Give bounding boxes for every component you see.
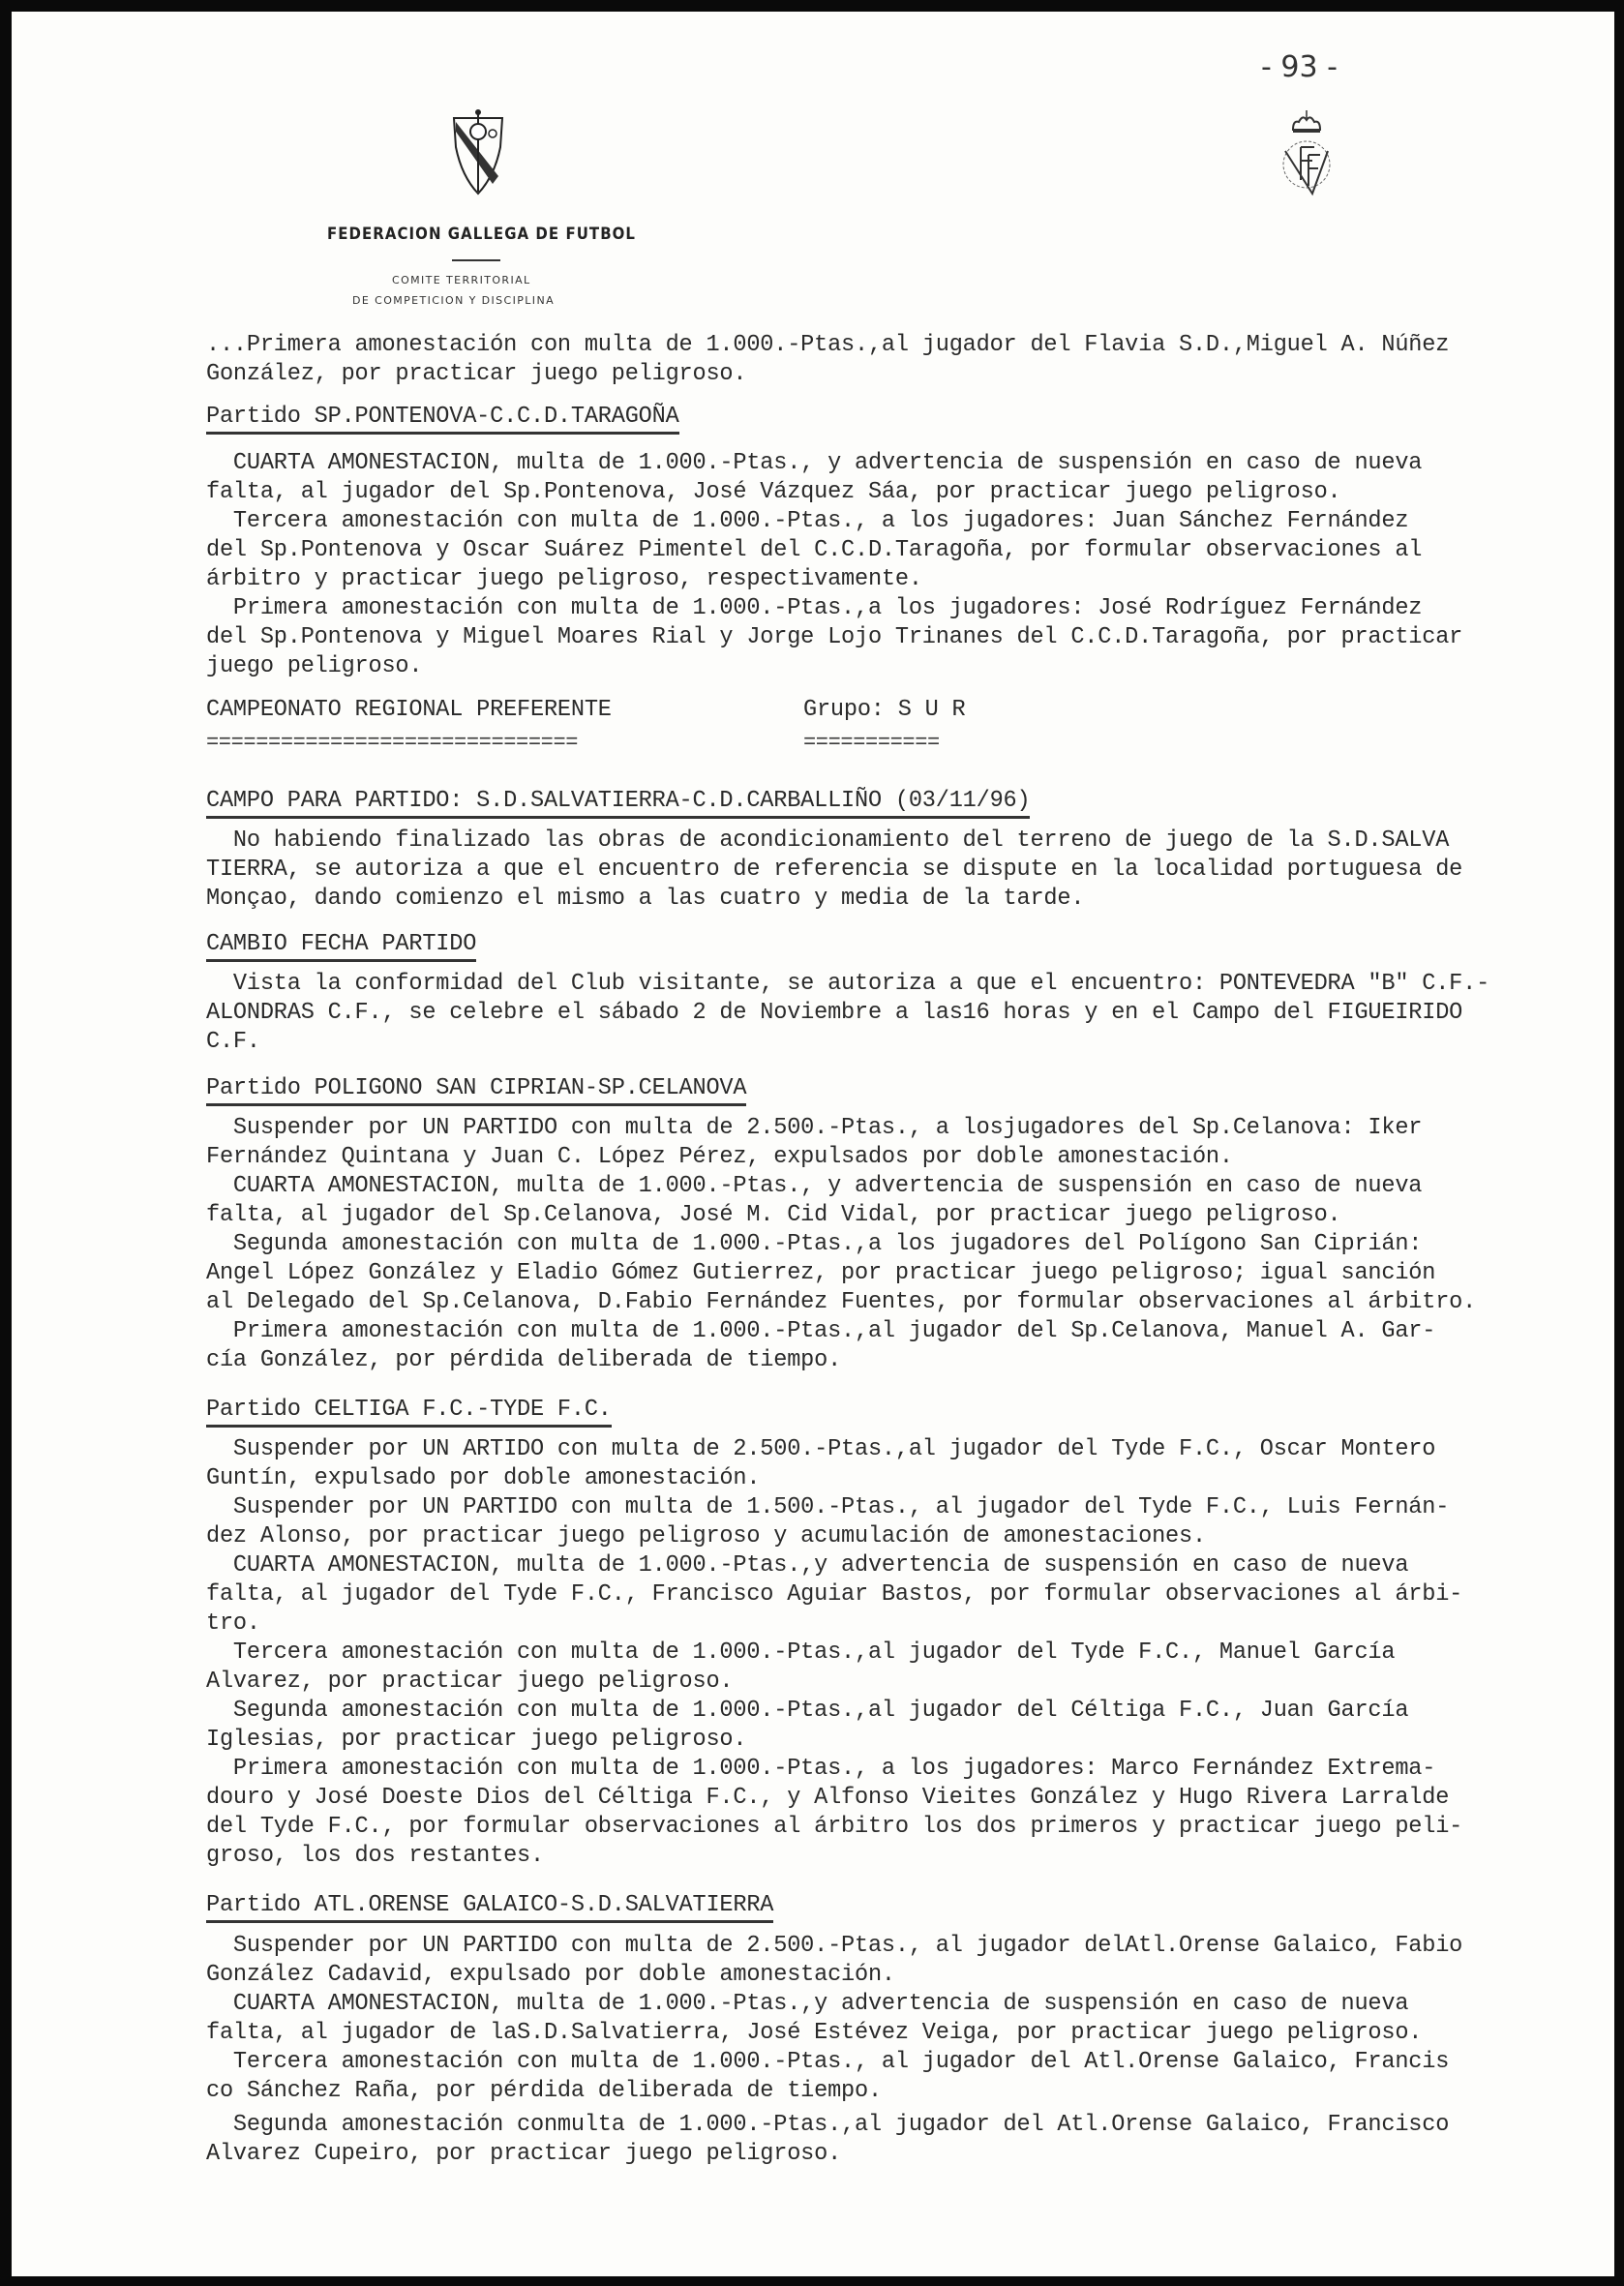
paragraph-line: al Delegado del Sp.Celanova, D.Fabio Fer…	[206, 1290, 1476, 1315]
section-heading: CAMBIO FECHA PARTIDO	[206, 932, 476, 962]
paragraph-line: árbitro y practicar juego peligroso, res…	[206, 567, 922, 592]
paragraph-line: cía González, por pérdida deliberada de …	[206, 1348, 841, 1373]
paragraph-line: Tercera amonestación con multa de 1.000.…	[206, 2050, 1449, 2075]
committee-line-2: DE COMPETICION Y DISCIPLINA	[352, 294, 555, 307]
paragraph-line: groso, los dos restantes.	[206, 1844, 544, 1869]
paragraph-line: Suspender por UN ARTIDO con multa de 2.5…	[206, 1437, 1435, 1462]
paragraph-line: No habiendo finalizado las obras de acon…	[206, 828, 1449, 854]
paragraph-line: Suspender por UN PARTIDO con multa de 2.…	[206, 1934, 1462, 1959]
section-heading: CAMPO PARA PARTIDO: S.D.SALVATIERRA-C.D.…	[206, 789, 1030, 819]
paragraph-line: Tercera amonestación con multa de 1.000.…	[206, 509, 1408, 534]
paragraph-line: Primera amonestación con multa de 1.000.…	[206, 596, 1422, 621]
organization-name: FEDERACION GALLEGA DE FUTBOL	[327, 225, 636, 244]
paragraph-line: Alvarez Cupeiro, por practicar juego pel…	[206, 2142, 841, 2167]
paragraph-line: Guntín, expulsado por doble amonestación…	[206, 1466, 760, 1491]
paragraph-line: CUARTA AMONESTACION, multa de 1.000.-Pta…	[206, 451, 1422, 476]
paragraph-line: Iglesias, por practicar juego peligroso.	[206, 1728, 746, 1753]
paragraph-line: Primera amonestación con multa de 1.000.…	[206, 1319, 1435, 1344]
paragraph-line: Vista la conformidad del Club visitante,…	[206, 972, 1489, 997]
paragraph-line: Alvarez, por practicar juego peligroso.	[206, 1669, 733, 1695]
federacion-gallega-shield-icon	[450, 108, 506, 202]
paragraph-line: del Sp.Pontenova y Miguel Moares Rial y …	[206, 625, 1462, 650]
committee-line-1: COMITE TERRITORIAL	[392, 274, 531, 286]
paragraph-line: Segunda amonestación con multa de 1.000.…	[206, 1699, 1408, 1724]
championship-title-underline: ==============================	[206, 737, 578, 748]
paragraph-line: falta, al jugador del Sp.Pontenova, José…	[206, 480, 1341, 505]
paragraph-line: CUARTA AMONESTACION, multa de 1.000.-Pta…	[206, 1174, 1422, 1199]
paragraph-line: Suspender por UN PARTIDO con multa de 1.…	[206, 1495, 1449, 1520]
continuation-line: González, por practicar juego peligroso.	[206, 362, 746, 387]
championship-group-underline: ===========	[803, 737, 940, 748]
paragraph-line: C.F.	[206, 1030, 260, 1055]
organization-divider	[452, 259, 500, 261]
paragraph-line: Primera amonestación con multa de 1.000.…	[206, 1757, 1435, 1782]
paragraph-line: falta, al jugador del Tyde F.C., Francis…	[206, 1582, 1462, 1608]
paragraph-line: douro y José Doeste Dios del Céltiga F.C…	[206, 1786, 1449, 1811]
paragraph-line: co Sánchez Raña, por pérdida deliberada …	[206, 2079, 882, 2104]
paragraph-line: Monçao, dando comienzo el mismo a las cu…	[206, 887, 1084, 912]
paragraph-line: falta, al jugador del Sp.Celanova, José …	[206, 1203, 1341, 1228]
paragraph-line: Fernández Quintana y Juan C. López Pérez…	[206, 1145, 1233, 1170]
paragraph-line: juego peligroso.	[206, 654, 422, 679]
paragraph-line: del Sp.Pontenova y Oscar Suárez Pimentel…	[206, 538, 1422, 563]
paragraph-line: TIERRA, se autoriza a que el encuentro d…	[206, 857, 1462, 883]
paragraph-line: dez Alonso, por practicar juego peligros…	[206, 1524, 1206, 1549]
championship-title: CAMPEONATO REGIONAL PREFERENTE	[206, 698, 612, 723]
paragraph-line: del Tyde F.C., por formular observacione…	[206, 1815, 1462, 1840]
paragraph-line: falta, al jugador de laS.D.Salvatierra, …	[206, 2021, 1422, 2046]
paragraph-line: ALONDRAS C.F., se celebre el sábado 2 de…	[206, 1001, 1462, 1026]
section-heading: Partido CELTIGA F.C.-TYDE F.C.	[206, 1398, 612, 1428]
page-number: - 93 -	[1261, 50, 1338, 84]
section-heading: Partido ATL.ORENSE GALAICO-S.D.SALVATIER…	[206, 1893, 773, 1923]
championship-group: Grupo: S U R	[803, 698, 966, 723]
paragraph-line: Suspender por UN PARTIDO con multa de 2.…	[206, 1116, 1422, 1141]
paragraph-line: CUARTA AMONESTACION, multa de 1.000.-Pta…	[206, 1992, 1408, 2017]
paragraph-line: Segunda amonestación con multa de 1.000.…	[206, 1232, 1422, 1257]
paragraph-line: tro.	[206, 1611, 260, 1637]
paragraph-line: González Cadavid, expulsado por doble am…	[206, 1963, 895, 1988]
paragraph-line: Segunda amonestación conmulta de 1.000.-…	[206, 2113, 1449, 2138]
continuation-line: ...Primera amonestación con multa de 1.0…	[206, 333, 1449, 358]
paragraph-line: CUARTA AMONESTACION, multa de 1.000.-Pta…	[206, 1553, 1408, 1579]
paragraph-line: Angel López González y Eladio Gómez Guti…	[206, 1261, 1435, 1286]
paragraph-line: Tercera amonestación con multa de 1.000.…	[206, 1640, 1395, 1666]
rfef-crown-crest-icon	[1279, 108, 1334, 202]
section-heading: Partido SP.PONTENOVA-C.C.D.TARAGOÑA	[206, 405, 679, 435]
section-heading: Partido POLIGONO SAN CIPRIAN-SP.CELANOVA	[206, 1076, 746, 1106]
